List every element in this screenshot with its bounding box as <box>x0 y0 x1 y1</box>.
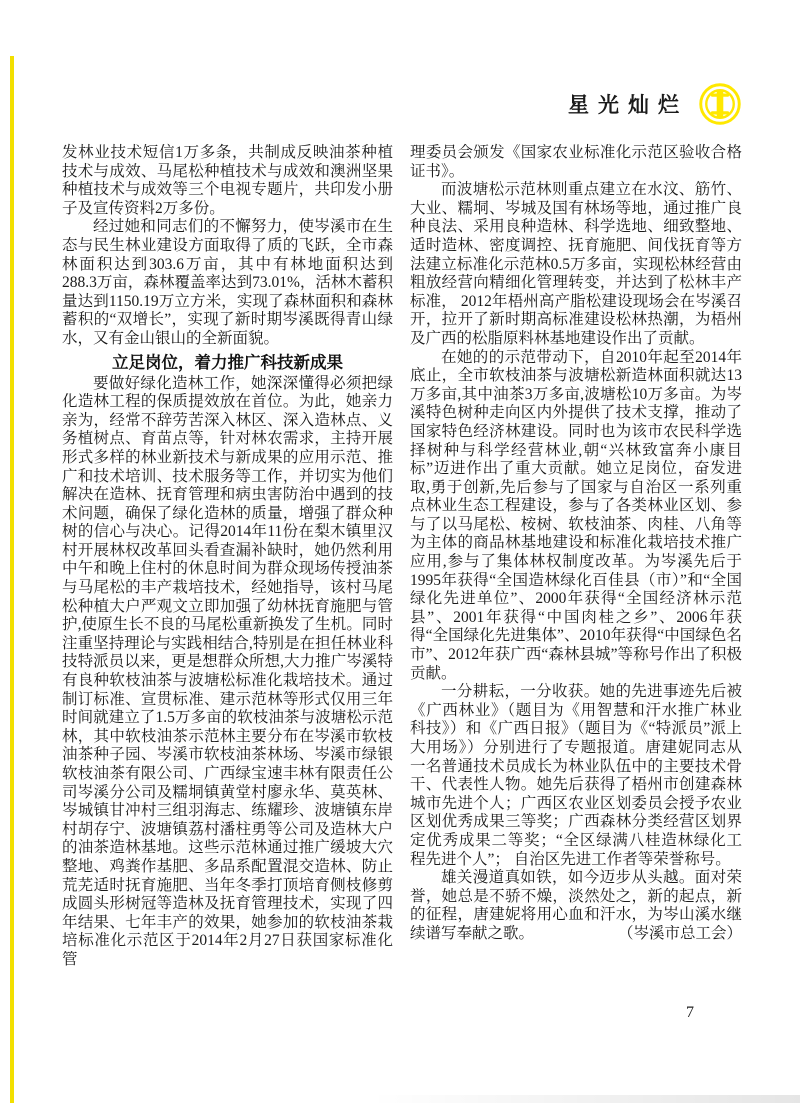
left-text-column: 发林业技术短信1万多条，共制成反映油茶种植技术与成效、马尾松种植技术与成效和澳洲… <box>62 144 393 970</box>
paragraph: 经过她和同志们的不懈努力，使岑溪市在生态与民生林业建设方面取得了质的飞跃，全市森… <box>62 218 393 348</box>
page-bottom-shadow <box>370 1095 800 1103</box>
paragraph: 一分耕耘，一分收获。她的先进事迹先后被《广西林业》（题目为《用智慧和汗水推广林业… <box>410 683 742 869</box>
paragraph: 要做好绿化造林工作，她深深懂得必须把绿化造林工程的保质提效放在首位。为此，她亲力… <box>62 375 393 970</box>
magazine-page: 星光灿烂 发林业技术短信1万多条，共制成反映油茶种植技术与成效、马尾松种植技术与… <box>0 0 800 1103</box>
paragraph: 而波塘松示范林则重点建立在水汶、筋竹、大业、糯垌、岑城及国有林场等地，通过推广良… <box>410 181 742 348</box>
page-number: 7 <box>686 1004 694 1022</box>
paragraph-continuation: 发林业技术短信1万多条，共制成反映油茶种植技术与成效、马尾松种植技术与成效和澳洲… <box>62 144 393 218</box>
right-text-column: 理委员会颁发《国家农业标准化示范区验收合格证书》。 而波塘松示范林则重点建立在水… <box>410 144 742 944</box>
author-attribution: （岑溪市总工会） <box>587 925 742 944</box>
column-title: 星光灿烂 <box>568 89 688 119</box>
left-accent-stripe <box>10 56 14 1103</box>
paragraph: 在她的的示范带动下，自2010年起至2014年底止，全市软枝油茶与波塘松新造林面… <box>410 349 742 684</box>
trade-union-logo-icon <box>698 82 742 126</box>
paragraph-continuation: 理委员会颁发《国家农业标准化示范区验收合格证书》。 <box>410 144 742 181</box>
section-heading: 立足岗位，着力推广科技新成果 <box>62 353 393 372</box>
closing-paragraph: 雄关漫道真如铁，如今迈步从头越。面对荣誉，她总是不骄不燥，淡然处之，新的起点，新… <box>410 869 742 943</box>
page-header: 星光灿烂 <box>568 82 742 126</box>
